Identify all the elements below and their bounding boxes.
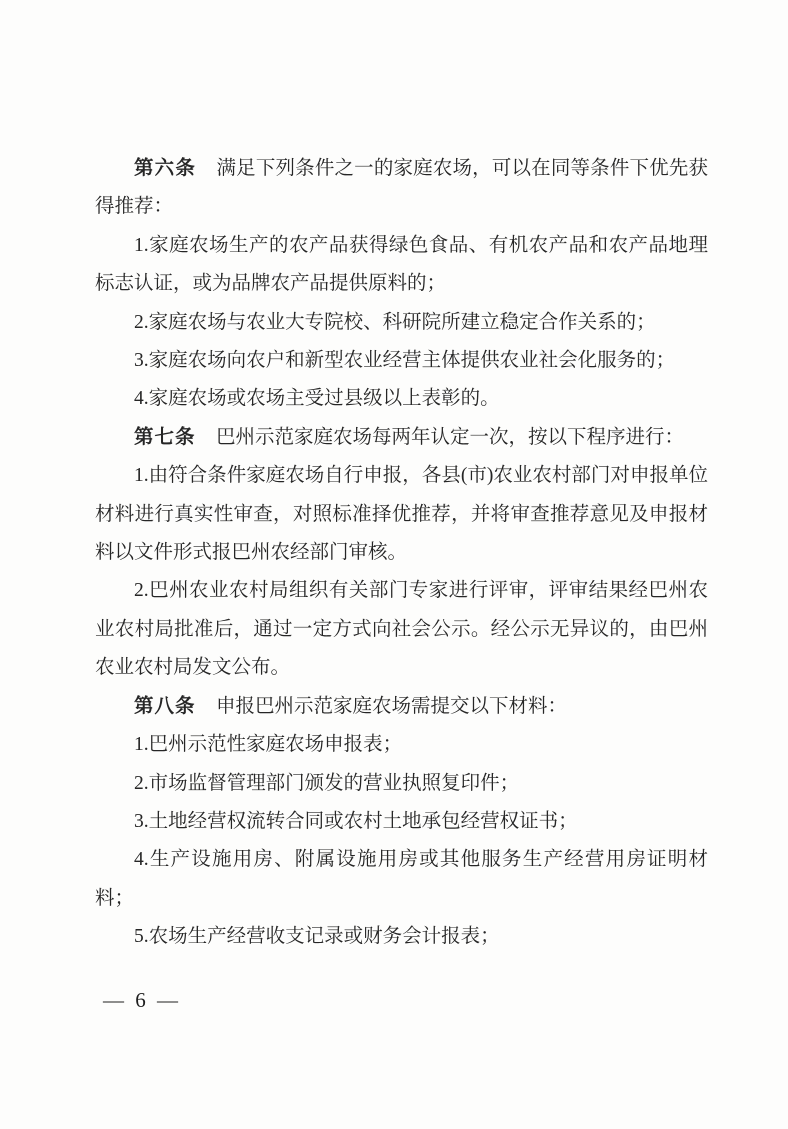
article-6-item-2: 2.家庭农场与农业大专院校、科研院所建立稳定合作关系的；: [95, 304, 708, 342]
article-6-item-3: 3.家庭农场向农户和新型农业经营主体提供农业社会化服务的；: [95, 342, 708, 380]
article-6-item-1: 1.家庭农场生产的农产品获得绿色食品、有机农产品和农产品地理标志认证，或为品牌农…: [95, 227, 708, 304]
document-body: 第六条满足下列条件之一的家庭农场，可以在同等条件下优先获得推荐： 1.家庭农场生…: [95, 150, 708, 957]
article-7-heading: 第七条巴州示范家庭农场每两年认定一次，按以下程序进行：: [95, 419, 708, 457]
article-8-item-4: 4.生产设施用房、附属设施用房或其他服务生产经营用房证明材料；: [95, 841, 708, 918]
article-7-item-1: 1.由符合条件家庭农场自行申报，各县(市)农业农村部门对申报单位材料进行真实性审…: [95, 457, 708, 572]
article-8-item-2: 2.市场监督管理部门颁发的营业执照复印件；: [95, 765, 708, 803]
article-6-label: 第六条: [134, 158, 196, 179]
article-7-text: 巴州示范家庭农场每两年认定一次，按以下程序进行：: [216, 427, 684, 448]
article-7-label: 第七条: [134, 427, 196, 448]
article-6-heading: 第六条满足下列条件之一的家庭农场，可以在同等条件下优先获得推荐：: [95, 150, 708, 227]
article-6-item-4: 4.家庭农场或农场主受过县级以上表彰的。: [95, 380, 708, 418]
article-8-heading: 第八条申报巴州示范家庭农场需提交以下材料：: [95, 688, 708, 726]
article-8-label: 第八条: [134, 696, 196, 717]
article-8-item-3: 3.土地经营权流转合同或农村土地承包经营权证书；: [95, 803, 708, 841]
article-8-item-1: 1.巴州示范性家庭农场申报表；: [95, 726, 708, 764]
article-8-item-5: 5.农场生产经营收支记录或财务会计报表；: [95, 918, 708, 956]
document-page: 第六条满足下列条件之一的家庭农场，可以在同等条件下优先获得推荐： 1.家庭农场生…: [0, 0, 788, 1129]
page-number: — 6 —: [103, 988, 181, 1013]
article-7-item-2: 2.巴州农业农村局组织有关部门专家进行评审，评审结果经巴州农业农村局批准后，通过…: [95, 572, 708, 687]
article-8-text: 申报巴州示范家庭农场需提交以下材料：: [216, 696, 567, 717]
